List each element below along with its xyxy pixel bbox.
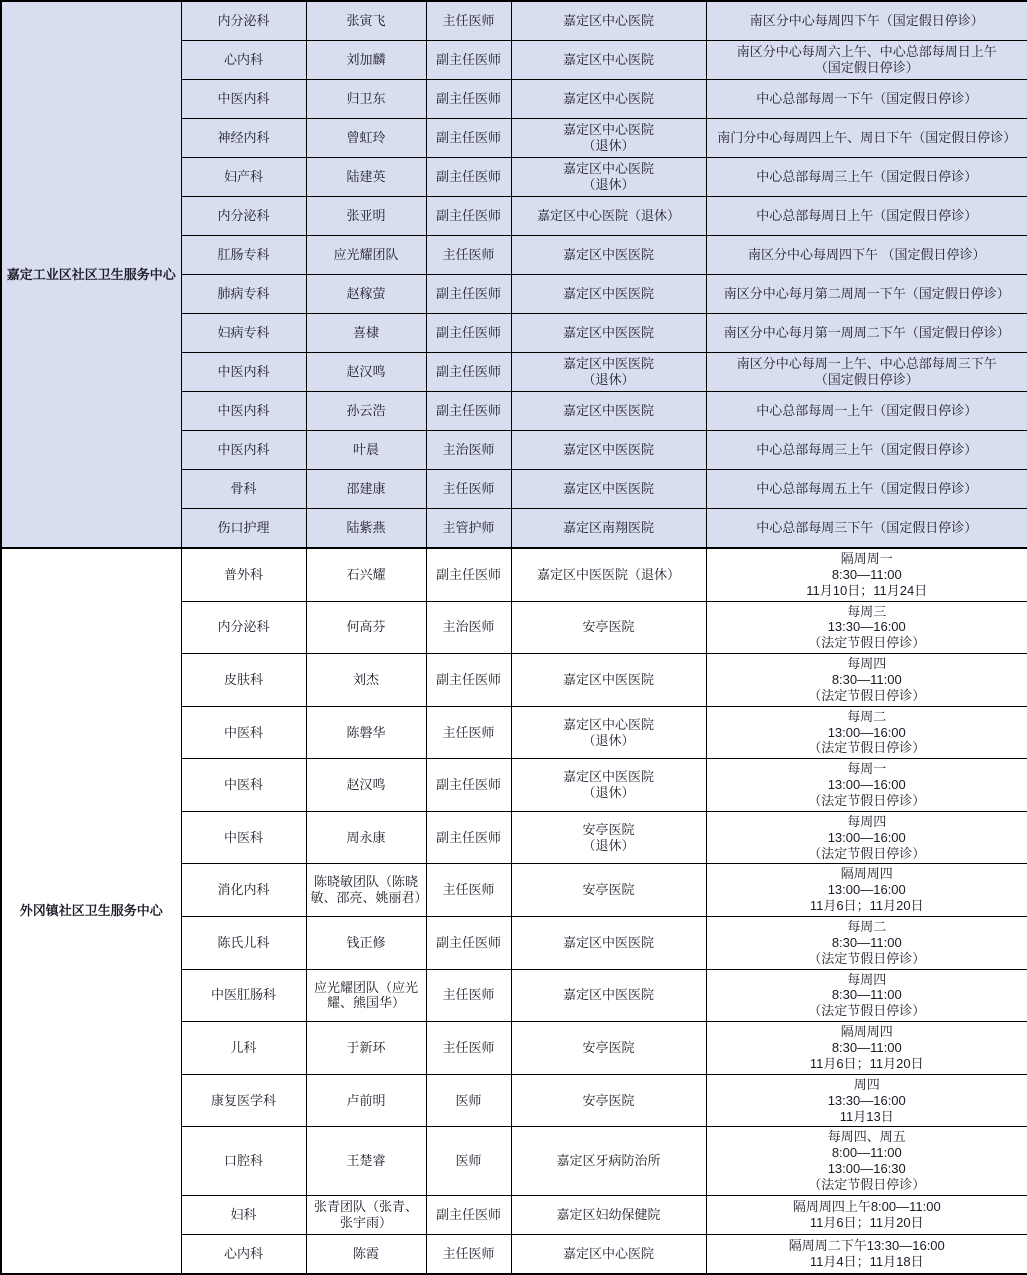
department-cell: 中医科 — [181, 759, 306, 812]
doctor-name-cell: 赵汉鸣 — [306, 759, 426, 812]
hospital-cell: 嘉定区中心医院 （退休） — [511, 706, 706, 759]
doctor-title-cell: 副主任医师 — [426, 811, 511, 864]
department-cell: 妇病专科 — [181, 314, 306, 353]
doctor-name-cell: 应光耀团队 — [306, 236, 426, 275]
schedule-cell: 中心总部每周三上午（国定假日停诊） — [706, 431, 1027, 470]
department-cell: 陈氏儿科 — [181, 917, 306, 970]
doctor-name-cell: 石兴耀 — [306, 548, 426, 601]
doctor-name-cell: 何高芬 — [306, 601, 426, 654]
hospital-cell: 嘉定区中医医院 — [511, 275, 706, 314]
doctor-title-cell: 主任医师 — [426, 1234, 511, 1274]
department-cell: 皮肤科 — [181, 654, 306, 707]
doctor-title-cell: 医师 — [426, 1074, 511, 1127]
doctor-name-cell: 刘加麟 — [306, 41, 426, 80]
doctor-name-cell: 张寅飞 — [306, 1, 426, 41]
hospital-cell: 安亭医院 — [511, 1022, 706, 1075]
hospital-cell: 嘉定区中心医院 （退休） — [511, 119, 706, 158]
hospital-cell: 嘉定区中医医院 — [511, 470, 706, 509]
hospital-cell: 嘉定区中心医院 （退休） — [511, 158, 706, 197]
hospital-cell: 嘉定区南翔医院 — [511, 509, 706, 549]
schedule-cell: 每周一 13:00—16:00 （法定节假日停诊） — [706, 759, 1027, 812]
department-cell: 中医肛肠科 — [181, 969, 306, 1022]
doctor-name-cell: 周永康 — [306, 811, 426, 864]
schedule-cell: 每周二 13:00—16:00 （法定节假日停诊） — [706, 706, 1027, 759]
schedule-page: 嘉定工业区社区卫生服务中心内分泌科张寅飞主任医师嘉定区中心医院南区分中心每周四下… — [0, 0, 1027, 1275]
doctor-title-cell: 副主任医师 — [426, 548, 511, 601]
department-cell: 消化内科 — [181, 864, 306, 917]
schedule-cell: 中心总部每周一下午（国定假日停诊） — [706, 80, 1027, 119]
doctor-title-cell: 副主任医师 — [426, 197, 511, 236]
doctor-title-cell: 主任医师 — [426, 706, 511, 759]
doctor-title-cell: 副主任医师 — [426, 314, 511, 353]
hospital-cell: 嘉定区妇幼保健院 — [511, 1195, 706, 1234]
department-cell: 内分泌科 — [181, 601, 306, 654]
doctor-name-cell: 陈磐华 — [306, 706, 426, 759]
department-cell: 中医内科 — [181, 80, 306, 119]
doctor-title-cell: 医师 — [426, 1127, 511, 1195]
schedule-cell: 南门分中心每周四上午、周日下午（国定假日停诊） — [706, 119, 1027, 158]
doctor-name-cell: 张青团队（张青、张宇雨） — [306, 1195, 426, 1234]
schedule-cell: 每周三 13:30—16:00 （法定节假日停诊） — [706, 601, 1027, 654]
doctor-title-cell: 副主任医师 — [426, 392, 511, 431]
doctor-title-cell: 主任医师 — [426, 1, 511, 41]
doctor-title-cell: 副主任医师 — [426, 119, 511, 158]
doctor-title-cell: 副主任医师 — [426, 275, 511, 314]
table-row: 外冈镇社区卫生服务中心普外科石兴耀副主任医师嘉定区中医医院（退休）隔周周一 8:… — [1, 548, 1027, 601]
department-cell: 中医内科 — [181, 431, 306, 470]
doctor-title-cell: 主治医师 — [426, 601, 511, 654]
department-cell: 普外科 — [181, 548, 306, 601]
schedule-cell: 周四 13:30—16:00 11月13日 — [706, 1074, 1027, 1127]
doctor-name-cell: 叶晨 — [306, 431, 426, 470]
doctor-name-cell: 于新环 — [306, 1022, 426, 1075]
hospital-cell: 嘉定区中心医院 — [511, 41, 706, 80]
hospital-cell: 嘉定区中心医院 — [511, 80, 706, 119]
center-name-cell: 外冈镇社区卫生服务中心 — [1, 548, 181, 1274]
doctor-title-cell: 副主任医师 — [426, 654, 511, 707]
schedule-cell: 隔周周四上午8:00—11:00 11月6日；11月20日 — [706, 1195, 1027, 1234]
doctor-title-cell: 副主任医师 — [426, 917, 511, 970]
department-cell: 神经内科 — [181, 119, 306, 158]
doctor-name-cell: 陈霞 — [306, 1234, 426, 1274]
doctor-name-cell: 卢前明 — [306, 1074, 426, 1127]
hospital-cell: 安亭医院 — [511, 601, 706, 654]
doctor-name-cell: 孙云浩 — [306, 392, 426, 431]
schedule-cell: 每周二 8:30—11:00 （法定节假日停诊） — [706, 917, 1027, 970]
schedule-cell: 中心总部每周三下午（国定假日停诊） — [706, 509, 1027, 549]
doctor-name-cell: 应光耀团队（应光耀、熊国华） — [306, 969, 426, 1022]
department-cell: 妇科 — [181, 1195, 306, 1234]
department-cell: 中医科 — [181, 706, 306, 759]
hospital-cell: 安亭医院 — [511, 864, 706, 917]
department-cell: 妇产科 — [181, 158, 306, 197]
hospital-cell: 安亭医院 — [511, 1074, 706, 1127]
hospital-cell: 嘉定区中医医院 — [511, 314, 706, 353]
hospital-cell: 嘉定区中医医院 — [511, 392, 706, 431]
schedule-cell: 隔周周四 8:30—11:00 11月6日；11月20日 — [706, 1022, 1027, 1075]
doctor-title-cell: 副主任医师 — [426, 353, 511, 392]
department-cell: 中医内科 — [181, 353, 306, 392]
schedule-cell: 每周四、周五 8:00—11:00 13:00—16:30 （法定节假日停诊） — [706, 1127, 1027, 1195]
department-cell: 心内科 — [181, 1234, 306, 1274]
doctor-name-cell: 陆建英 — [306, 158, 426, 197]
doctor-title-cell: 副主任医师 — [426, 158, 511, 197]
doctor-title-cell: 副主任医师 — [426, 80, 511, 119]
schedule-cell: 隔周周四 13:00—16:00 11月6日；11月20日 — [706, 864, 1027, 917]
doctor-title-cell: 主管护师 — [426, 509, 511, 549]
doctor-name-cell: 赵汉鸣 — [306, 353, 426, 392]
doctor-title-cell: 主任医师 — [426, 470, 511, 509]
hospital-cell: 嘉定区中医医院（退休） — [511, 548, 706, 601]
doctor-name-cell: 归卫东 — [306, 80, 426, 119]
department-cell: 中医科 — [181, 811, 306, 864]
center-name-cell: 嘉定工业区社区卫生服务中心 — [1, 1, 181, 548]
schedule-cell: 隔周周二下午13:30—16:00 11月4日；11月18日 — [706, 1234, 1027, 1274]
schedule-cell: 隔周周一 8:30—11:00 11月10日；11月24日 — [706, 548, 1027, 601]
hospital-cell: 嘉定区中医医院 — [511, 431, 706, 470]
schedule-cell: 南区分中心每周四下午（国定假日停诊） — [706, 1, 1027, 41]
schedule-cell: 中心总部每周一上午（国定假日停诊） — [706, 392, 1027, 431]
doctor-name-cell: 喜棣 — [306, 314, 426, 353]
doctor-title-cell: 副主任医师 — [426, 759, 511, 812]
department-cell: 内分泌科 — [181, 197, 306, 236]
schedule-cell: 南区分中心每月第一周周二下午（国定假日停诊） — [706, 314, 1027, 353]
department-cell: 儿科 — [181, 1022, 306, 1075]
hospital-cell: 嘉定区中医医院 （退休） — [511, 353, 706, 392]
doctor-name-cell: 钱正修 — [306, 917, 426, 970]
doctor-title-cell: 主治医师 — [426, 431, 511, 470]
schedule-cell: 南区分中心每月第二周周一下午（国定假日停诊） — [706, 275, 1027, 314]
department-cell: 肛肠专科 — [181, 236, 306, 275]
table-row: 嘉定工业区社区卫生服务中心内分泌科张寅飞主任医师嘉定区中心医院南区分中心每周四下… — [1, 1, 1027, 41]
doctor-name-cell: 陈晓敏团队（陈晓敏、邵亮、姚丽君） — [306, 864, 426, 917]
schedule-cell: 中心总部每周日上午（国定假日停诊） — [706, 197, 1027, 236]
doctor-name-cell: 邵建康 — [306, 470, 426, 509]
hospital-cell: 嘉定区中医医院 （退休） — [511, 759, 706, 812]
schedule-cell: 南区分中心每周六上午、中心总部每周日上午 （国定假日停诊） — [706, 41, 1027, 80]
doctor-title-cell: 副主任医师 — [426, 41, 511, 80]
doctor-name-cell: 刘杰 — [306, 654, 426, 707]
doctor-name-cell: 王楚睿 — [306, 1127, 426, 1195]
schedule-cell: 中心总部每周五上午（国定假日停诊） — [706, 470, 1027, 509]
hospital-cell: 嘉定区牙病防治所 — [511, 1127, 706, 1195]
doctor-title-cell: 主任医师 — [426, 864, 511, 917]
doctor-name-cell: 赵稼萤 — [306, 275, 426, 314]
department-cell: 中医内科 — [181, 392, 306, 431]
expert-schedule-table: 嘉定工业区社区卫生服务中心内分泌科张寅飞主任医师嘉定区中心医院南区分中心每周四下… — [0, 0, 1027, 1275]
schedule-cell: 每周四 8:30—11:00 （法定节假日停诊） — [706, 969, 1027, 1022]
schedule-cell: 每周四 13:00—16:00 （法定节假日停诊） — [706, 811, 1027, 864]
hospital-cell: 嘉定区中医医院 — [511, 969, 706, 1022]
hospital-cell: 嘉定区中心医院 — [511, 1234, 706, 1274]
department-cell: 伤口护理 — [181, 509, 306, 549]
department-cell: 口腔科 — [181, 1127, 306, 1195]
doctor-name-cell: 陆紫燕 — [306, 509, 426, 549]
department-cell: 内分泌科 — [181, 1, 306, 41]
schedule-cell: 南区分中心每周一上午、中心总部每周三下午 （国定假日停诊） — [706, 353, 1027, 392]
hospital-cell: 安亭医院 （退休） — [511, 811, 706, 864]
hospital-cell: 嘉定区中心医院 — [511, 1, 706, 41]
doctor-name-cell: 曾虹玲 — [306, 119, 426, 158]
doctor-title-cell: 主任医师 — [426, 1022, 511, 1075]
department-cell: 骨科 — [181, 470, 306, 509]
doctor-title-cell: 主任医师 — [426, 969, 511, 1022]
hospital-cell: 嘉定区中医医院 — [511, 654, 706, 707]
hospital-cell: 嘉定区中心医院（退休） — [511, 197, 706, 236]
doctor-title-cell: 副主任医师 — [426, 1195, 511, 1234]
department-cell: 心内科 — [181, 41, 306, 80]
schedule-cell: 每周四 8:30—11:00 （法定节假日停诊） — [706, 654, 1027, 707]
doctor-name-cell: 张亚明 — [306, 197, 426, 236]
schedule-cell: 中心总部每周三上午（国定假日停诊） — [706, 158, 1027, 197]
doctor-title-cell: 主任医师 — [426, 236, 511, 275]
schedule-cell: 南区分中心每周四下午 （国定假日停诊） — [706, 236, 1027, 275]
department-cell: 康复医学科 — [181, 1074, 306, 1127]
hospital-cell: 嘉定区中医医院 — [511, 236, 706, 275]
hospital-cell: 嘉定区中医医院 — [511, 917, 706, 970]
department-cell: 肺病专科 — [181, 275, 306, 314]
